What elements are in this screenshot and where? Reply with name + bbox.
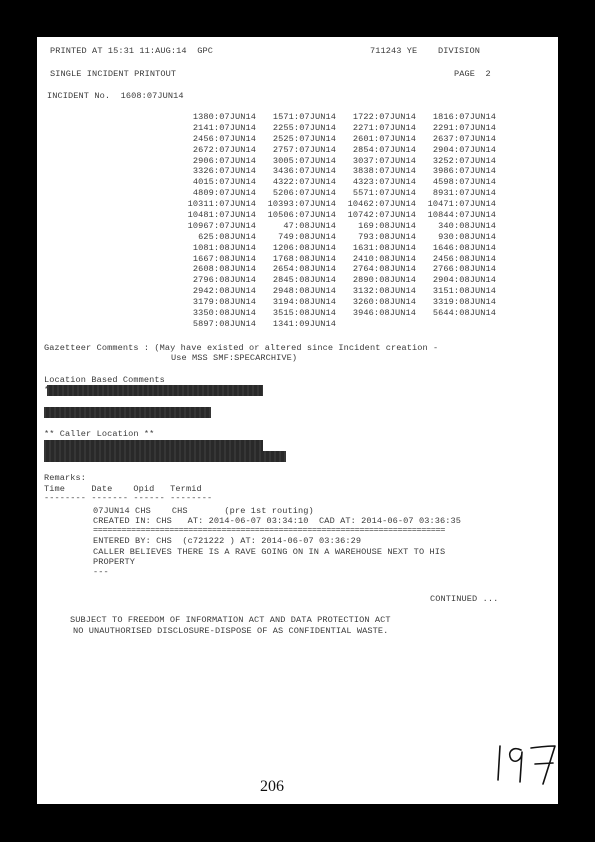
incident-reference: 2890:08JUN14 bbox=[337, 275, 417, 286]
incident-reference: 10481:07JUN14 bbox=[177, 210, 257, 221]
incident-reference: 2601:07JUN14 bbox=[337, 134, 417, 145]
table-row: 4809:07JUN145206:07JUN145571:07JUN148931… bbox=[177, 188, 507, 199]
table-row: 3179:08JUN143194:08JUN143260:08JUN143319… bbox=[177, 297, 507, 308]
table-row: 10311:07JUN1410393:07JUN1410462:07JUN141… bbox=[177, 199, 507, 210]
remark-entry-line: 07JUN14 CHS CHS (pre 1st routing) bbox=[93, 506, 314, 516]
incident-reference: 1646:08JUN14 bbox=[417, 243, 497, 254]
caller-location-label: ** Caller Location ** bbox=[44, 429, 154, 439]
table-row: 10967:07JUN1447:08JUN14169:08JUN14340:08… bbox=[177, 221, 507, 232]
incident-reference: 2796:08JUN14 bbox=[177, 275, 257, 286]
incident-reference: 1722:07JUN14 bbox=[337, 112, 417, 123]
remarks-columns-underline: -------- ------- ------ -------- bbox=[44, 493, 212, 503]
incident-reference: 2672:07JUN14 bbox=[177, 145, 257, 156]
incident-reference: 4323:07JUN14 bbox=[337, 177, 417, 188]
incident-reference: 2525:07JUN14 bbox=[257, 134, 337, 145]
table-row: 1081:08JUN141206:08JUN141631:08JUN141646… bbox=[177, 243, 507, 254]
location-comments-label: Location Based Comments bbox=[44, 375, 165, 385]
incident-number: INCIDENT No. 1608:07JUN14 bbox=[47, 91, 184, 101]
incident-reference: 1816:07JUN14 bbox=[417, 112, 497, 123]
reference-code: 711243 YE bbox=[370, 46, 417, 56]
continued-label: CONTINUED ... bbox=[430, 594, 498, 604]
table-row: 10481:07JUN1410506:07JUN1410742:07JUN141… bbox=[177, 210, 507, 221]
incident-reference: 3436:07JUN14 bbox=[257, 166, 337, 177]
incident-reference: 10393:07JUN14 bbox=[257, 199, 337, 210]
incident-reference: 2948:08JUN14 bbox=[257, 286, 337, 297]
document-page: PRINTED AT 15:31 11:AUG:14 GPC 711243 YE… bbox=[37, 37, 558, 804]
incident-reference: 625:08JUN14 bbox=[177, 232, 257, 243]
incident-reference: 2845:08JUN14 bbox=[257, 275, 337, 286]
incident-reference: 2141:07JUN14 bbox=[177, 123, 257, 134]
incident-reference: 47:08JUN14 bbox=[257, 221, 337, 232]
incident-reference: 10844:07JUN14 bbox=[417, 210, 497, 221]
incident-reference: 10742:07JUN14 bbox=[337, 210, 417, 221]
incident-reference: 1081:08JUN14 bbox=[177, 243, 257, 254]
remark-entry-line: CALLER BELIEVES THERE IS A RAVE GOING ON… bbox=[93, 547, 445, 557]
incident-reference: 1341:09JUN14 bbox=[257, 319, 337, 330]
incident-reference: 2757:07JUN14 bbox=[257, 145, 337, 156]
incident-reference: 340:08JUN14 bbox=[417, 221, 497, 232]
incident-reference: 4809:07JUN14 bbox=[177, 188, 257, 199]
incident-reference: 3037:07JUN14 bbox=[337, 156, 417, 167]
incident-reference: 1667:08JUN14 bbox=[177, 254, 257, 265]
incident-reference: 2608:08JUN14 bbox=[177, 264, 257, 275]
incident-reference: 4598:07JUN14 bbox=[417, 177, 497, 188]
incident-reference: 2764:08JUN14 bbox=[337, 264, 417, 275]
incident-reference: 2854:07JUN14 bbox=[337, 145, 417, 156]
incident-reference: 2766:08JUN14 bbox=[417, 264, 497, 275]
incident-reference: 2255:07JUN14 bbox=[257, 123, 337, 134]
table-row: 2141:07JUN142255:07JUN142271:07JUN142291… bbox=[177, 123, 507, 134]
incident-reference: 3151:08JUN14 bbox=[417, 286, 497, 297]
page-label: PAGE 2 bbox=[454, 69, 491, 79]
incident-reference: 749:08JUN14 bbox=[257, 232, 337, 243]
incident-reference: 2904:08JUN14 bbox=[417, 275, 497, 286]
incident-reference: 169:08JUN14 bbox=[337, 221, 417, 232]
incident-reference: 10462:07JUN14 bbox=[337, 199, 417, 210]
document-title: SINGLE INCIDENT PRINTOUT bbox=[50, 69, 176, 79]
incident-reference: 3326:07JUN14 bbox=[177, 166, 257, 177]
table-row: 1380:07JUN141571:07JUN141722:07JUN141816… bbox=[177, 112, 507, 123]
incident-reference: 2456:08JUN14 bbox=[417, 254, 497, 265]
incident-reference: 3515:08JUN14 bbox=[257, 308, 337, 319]
incident-reference: 3194:08JUN14 bbox=[257, 297, 337, 308]
redaction-block bbox=[44, 451, 286, 462]
incident-reference: 3005:07JUN14 bbox=[257, 156, 337, 167]
table-row: 2796:08JUN142845:08JUN142890:08JUN142904… bbox=[177, 275, 507, 286]
incident-reference: 5206:07JUN14 bbox=[257, 188, 337, 199]
incident-reference: 793:08JUN14 bbox=[337, 232, 417, 243]
incident-reference: 4322:07JUN14 bbox=[257, 177, 337, 188]
table-row: 2942:08JUN142948:08JUN143132:08JUN143151… bbox=[177, 286, 507, 297]
handwritten-page-number: 197 bbox=[495, 740, 557, 788]
incident-reference: 3132:08JUN14 bbox=[337, 286, 417, 297]
incident-reference: 2410:08JUN14 bbox=[337, 254, 417, 265]
redaction-block bbox=[47, 385, 263, 396]
table-row: 5897:08JUN141341:09JUN14 bbox=[177, 319, 507, 330]
remark-entry-line: PROPERTY bbox=[93, 557, 135, 567]
incident-reference: 2904:07JUN14 bbox=[417, 145, 497, 156]
incident-reference: 10471:07JUN14 bbox=[417, 199, 497, 210]
incident-reference: 10311:07JUN14 bbox=[177, 199, 257, 210]
table-row: 2608:08JUN142654:08JUN142764:08JUN142766… bbox=[177, 264, 507, 275]
incident-reference: 2942:08JUN14 bbox=[177, 286, 257, 297]
incident-reference: 1768:08JUN14 bbox=[257, 254, 337, 265]
table-row: 625:08JUN14749:08JUN14793:08JUN14930:08J… bbox=[177, 232, 507, 243]
incident-reference: 3319:08JUN14 bbox=[417, 297, 497, 308]
gazetteer-comments-line2: Use MSS SMF:SPECARCHIVE) bbox=[171, 353, 297, 363]
incident-reference: 3179:08JUN14 bbox=[177, 297, 257, 308]
incident-reference: 3986:07JUN14 bbox=[417, 166, 497, 177]
incident-reference: 930:08JUN14 bbox=[417, 232, 497, 243]
incident-reference: 3252:07JUN14 bbox=[417, 156, 497, 167]
incident-reference: 1380:07JUN14 bbox=[177, 112, 257, 123]
incident-reference: 2456:07JUN14 bbox=[177, 134, 257, 145]
incident-reference: 2654:08JUN14 bbox=[257, 264, 337, 275]
incident-reference: 2291:07JUN14 bbox=[417, 123, 497, 134]
incident-reference: 3350:08JUN14 bbox=[177, 308, 257, 319]
redaction-block bbox=[44, 407, 211, 418]
foi-notice-line2: NO UNAUTHORISED DISCLOSURE-DISPOSE OF AS… bbox=[73, 626, 388, 636]
table-row: 2906:07JUN143005:07JUN143037:07JUN143252… bbox=[177, 156, 507, 167]
incident-reference: 2906:07JUN14 bbox=[177, 156, 257, 167]
table-row: 4015:07JUN144322:07JUN144323:07JUN144598… bbox=[177, 177, 507, 188]
incident-reference: 3838:07JUN14 bbox=[337, 166, 417, 177]
incident-reference: 1206:08JUN14 bbox=[257, 243, 337, 254]
table-row: 1667:08JUN141768:08JUN142410:08JUN142456… bbox=[177, 254, 507, 265]
incident-reference: 5644:08JUN14 bbox=[417, 308, 497, 319]
incident-reference: 10506:07JUN14 bbox=[257, 210, 337, 221]
division-label: DIVISION bbox=[438, 46, 480, 56]
remark-entry-line: ENTERED BY: CHS (c721222 ) AT: 2014-06-0… bbox=[93, 536, 361, 546]
incident-reference: 2271:07JUN14 bbox=[337, 123, 417, 134]
incident-reference: 2637:07JUN14 bbox=[417, 134, 497, 145]
table-row: 2456:07JUN142525:07JUN142601:07JUN142637… bbox=[177, 134, 507, 145]
linked-incidents-table: 1380:07JUN141571:07JUN141722:07JUN141816… bbox=[177, 112, 507, 330]
foi-notice-line1: SUBJECT TO FREEDOM OF INFORMATION ACT AN… bbox=[70, 615, 391, 625]
incident-reference: 4015:07JUN14 bbox=[177, 177, 257, 188]
table-row: 3350:08JUN143515:08JUN143946:08JUN145644… bbox=[177, 308, 507, 319]
incident-reference: 3260:08JUN14 bbox=[337, 297, 417, 308]
remark-entry-line: --- bbox=[93, 567, 109, 577]
incident-reference: 3946:08JUN14 bbox=[337, 308, 417, 319]
remark-separator: ========================================… bbox=[93, 525, 445, 535]
page-number: 206 bbox=[260, 778, 284, 796]
incident-reference: 8931:07JUN14 bbox=[417, 188, 497, 199]
incident-reference: 5571:07JUN14 bbox=[337, 188, 417, 199]
incident-reference: 1571:07JUN14 bbox=[257, 112, 337, 123]
table-row: 3326:07JUN143436:07JUN143838:07JUN143986… bbox=[177, 166, 507, 177]
incident-reference: 1631:08JUN14 bbox=[337, 243, 417, 254]
gazetteer-comments-line1: Gazetteer Comments : (May have existed o… bbox=[44, 343, 438, 353]
remarks-label: Remarks: bbox=[44, 473, 86, 483]
table-row: 2672:07JUN142757:07JUN142854:07JUN142904… bbox=[177, 145, 507, 156]
printed-at: PRINTED AT 15:31 11:AUG:14 GPC bbox=[50, 46, 213, 56]
incident-reference: 5897:08JUN14 bbox=[177, 319, 257, 330]
incident-reference: 10967:07JUN14 bbox=[177, 221, 257, 232]
